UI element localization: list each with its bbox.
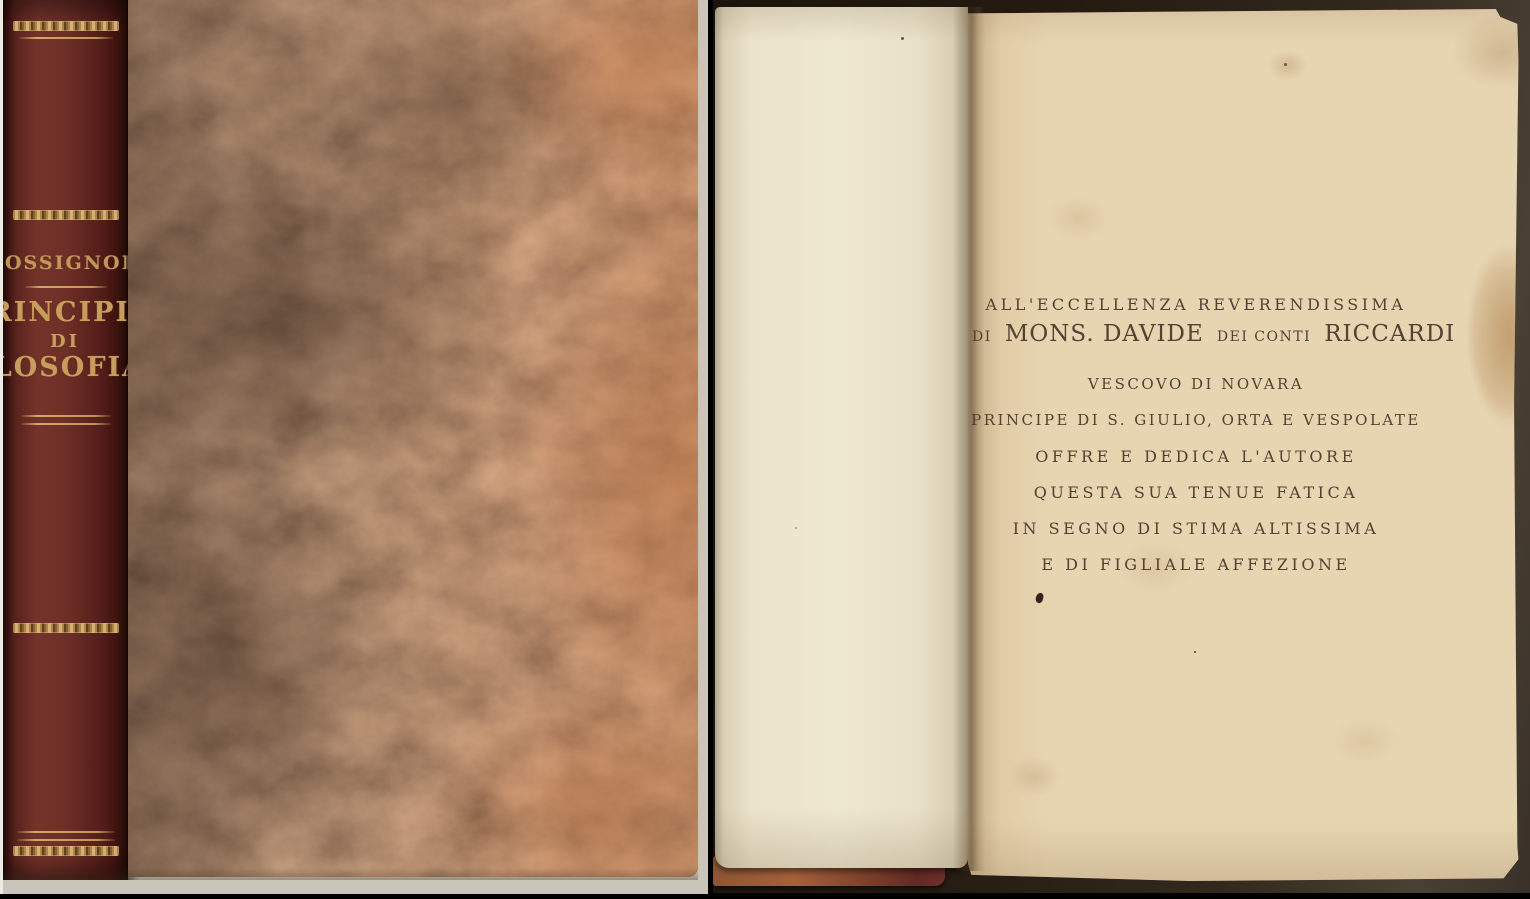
gilt-ornament-band — [13, 623, 119, 633]
dedication-line-3: VESCOVO DI NOVARA — [968, 375, 1424, 393]
spine-title-word-1: PRINCIPII — [3, 297, 128, 328]
cover-shading — [128, 0, 698, 877]
blank-left-page — [715, 7, 968, 868]
dedication-line-5: OFFRE E DEDICA L'AUTORE — [968, 447, 1424, 466]
gilt-line — [19, 37, 113, 39]
dedication-line-4: PRINCIPE DI S. GIULIO, ORTA E VESPOLATE — [968, 411, 1424, 429]
foxing-speck — [1284, 63, 1287, 66]
dedication-line-2-part-4: RICCARDI — [1324, 321, 1455, 347]
gutter-shadow — [953, 7, 985, 871]
gilt-line — [21, 415, 111, 417]
cover-bottom-shadow — [3, 868, 698, 880]
dedication-line-6: QUESTA SUA TENUE FATICA — [968, 483, 1424, 502]
dedication-line-8: E DI FIGLIALE AFFEZIONE — [968, 555, 1424, 574]
dedication-line-7: IN SEGNO DI STIMA ALTISSIMA — [968, 519, 1424, 538]
page-shading — [715, 7, 968, 868]
gilt-ornament-band — [13, 210, 119, 220]
gilt-line — [17, 831, 115, 833]
spine-title-word-2: DI — [3, 331, 127, 352]
spine-title-word-3: FILOSOFIA — [3, 352, 128, 383]
foxing-speck — [795, 527, 797, 529]
spine-author-text: OSSIGNOLI — [5, 252, 125, 274]
gilt-line — [25, 286, 107, 288]
dedication-line-2: DI MONS. DAVIDE DEI CONTI RICCARDI — [968, 321, 1424, 347]
dedication-text-block: ALL'ECCELLENZA REVERENDISSIMA DI MONS. D… — [968, 9, 1424, 881]
dedication-line-1: ALL'ECCELLENZA REVERENDISSIMA — [968, 295, 1424, 314]
open-book-photo: ALL'ECCELLENZA REVERENDISSIMA DI MONS. D… — [713, 0, 1530, 893]
cover-photo: OSSIGNOLI PRINCIPII DI FILOSOFIA — [0, 0, 708, 894]
book-photo-collage: OSSIGNOLI PRINCIPII DI FILOSOFIA — [0, 0, 1530, 899]
water-stain — [1468, 267, 1518, 437]
marbled-front-cover — [128, 0, 698, 877]
gilt-ornament-band — [13, 21, 119, 31]
gilt-ornament-band — [13, 846, 119, 856]
dedication-line-2-part-3: DEI CONTI — [1217, 329, 1311, 345]
foxing-speck — [901, 37, 904, 40]
gilt-line — [17, 839, 115, 841]
dedication-page: ALL'ECCELLENZA REVERENDISSIMA DI MONS. D… — [968, 9, 1519, 881]
dedication-line-2-part-2: MONS. DAVIDE — [1005, 321, 1204, 347]
gilt-line — [21, 423, 111, 425]
foxing-speck — [1194, 651, 1196, 653]
book-spine: OSSIGNOLI PRINCIPII DI FILOSOFIA — [3, 0, 128, 880]
